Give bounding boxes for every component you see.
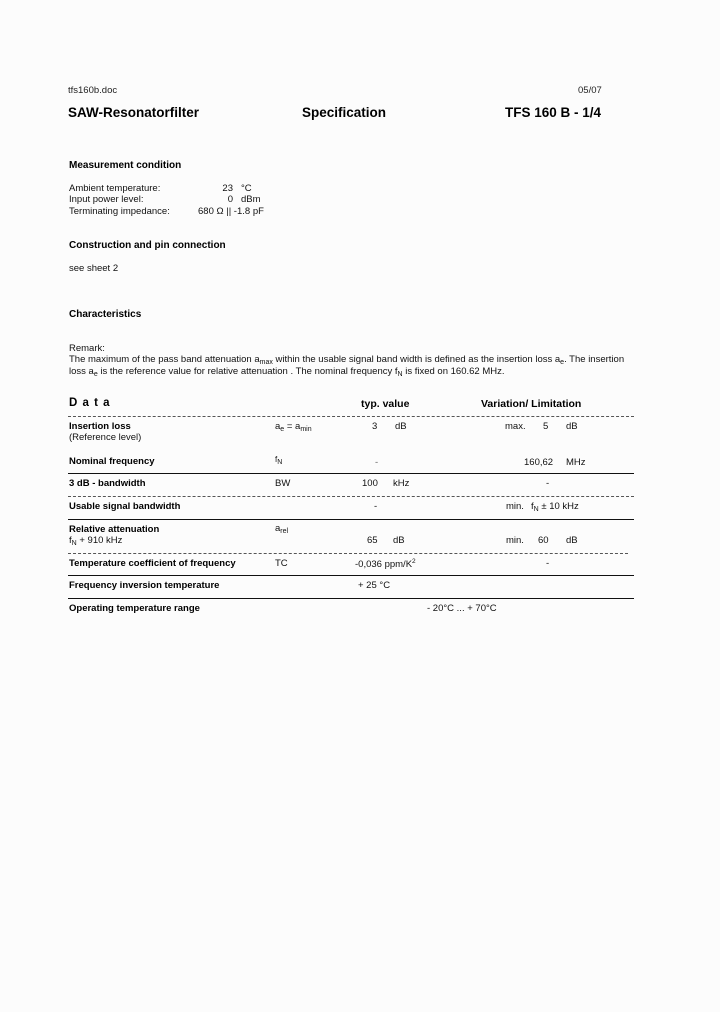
inversion-label: Frequency inversion temperature xyxy=(69,580,219,591)
nominal-freq-label: Nominal frequency xyxy=(69,456,155,467)
insertion-loss-var-unit: dB xyxy=(566,421,578,432)
rel-att-symbol: arel xyxy=(275,523,288,535)
impedance-value: 680 Ω || -1.8 pF xyxy=(198,206,264,217)
rel-att-var-prefix: min. xyxy=(506,535,524,546)
rel-att-label: Relative attenuation xyxy=(69,524,159,535)
tc-symbol: TC xyxy=(275,558,288,569)
rel-att-var-unit: dB xyxy=(566,535,578,546)
divider xyxy=(68,598,634,599)
input-power-unit: dBm xyxy=(241,194,261,205)
construction-text: see sheet 2 xyxy=(69,263,118,274)
insertion-loss-var-prefix: max. xyxy=(505,421,526,432)
bandwidth-var: - xyxy=(546,478,549,489)
insertion-loss-label: Insertion loss xyxy=(69,421,131,432)
tc-var: - xyxy=(546,558,549,569)
divider xyxy=(68,496,634,497)
insertion-loss-typ-unit: dB xyxy=(395,421,407,432)
divider xyxy=(68,416,634,417)
ambient-temp-unit: °C xyxy=(241,183,252,194)
nominal-freq-symbol: fN xyxy=(275,455,282,466)
doc-type: Specification xyxy=(302,105,386,120)
divider xyxy=(68,575,634,576)
nominal-freq-var: 160,62 xyxy=(524,457,553,468)
ambient-temp-label: Ambient temperature: xyxy=(69,183,160,194)
product-name: SAW-Resonatorfilter xyxy=(68,105,199,120)
usable-bw-var: fN ± 10 kHz xyxy=(531,501,579,513)
remark-line-2: loss ae is the reference value for relat… xyxy=(69,366,505,378)
construction-heading: Construction and pin connection xyxy=(69,240,226,251)
remark-line-1: The maximum of the pass band attenuation… xyxy=(69,354,624,366)
bandwidth-typ-unit: kHz xyxy=(393,478,409,489)
tc-typ: -0,036 ppm/K2 xyxy=(355,558,416,570)
doc-date: 05/07 xyxy=(578,85,602,96)
col-header-data: D a t a xyxy=(69,397,110,409)
insertion-loss-var: 5 xyxy=(543,421,548,432)
usable-bw-typ: - xyxy=(374,501,377,512)
divider xyxy=(68,553,628,554)
col-header-typ: typ. value xyxy=(361,398,409,410)
characteristics-heading: Characteristics xyxy=(69,309,141,320)
divider xyxy=(68,473,634,474)
bandwidth-typ: 100 xyxy=(362,478,378,489)
tc-label: Temperature coefficient of frequency xyxy=(69,558,236,569)
col-header-variation: Variation/ Limitation xyxy=(481,398,581,410)
measurement-heading: Measurement condition xyxy=(69,160,181,171)
part-page: TFS 160 B - 1/4 xyxy=(505,105,601,120)
usable-bw-var-prefix: min. xyxy=(506,501,524,512)
rel-att-condition: fN + 910 kHz xyxy=(69,535,122,547)
rel-att-typ: 65 xyxy=(367,535,378,546)
usable-bw-label: Usable signal bandwidth xyxy=(69,501,180,512)
bandwidth-label: 3 dB - bandwidth xyxy=(69,478,146,489)
nominal-freq-var-unit: MHz xyxy=(566,457,586,468)
insertion-loss-typ: 3 xyxy=(372,421,377,432)
insertion-loss-symbol: ae = amin xyxy=(275,421,312,433)
nominal-freq-typ: - xyxy=(375,457,378,468)
op-temp-var: - 20°C ... + 70°C xyxy=(427,603,497,614)
bandwidth-symbol: BW xyxy=(275,478,290,489)
ambient-temp-value: 23 xyxy=(200,183,233,194)
inversion-typ: + 25 °C xyxy=(358,580,390,591)
insertion-loss-note: (Reference level) xyxy=(69,432,141,443)
input-power-value: 0 xyxy=(200,194,233,205)
rel-att-var: 60 xyxy=(538,535,549,546)
divider xyxy=(68,519,634,520)
input-power-label: Input power level: xyxy=(69,194,143,205)
remark-label: Remark: xyxy=(69,343,105,354)
op-temp-label: Operating temperature range xyxy=(69,603,200,614)
rel-att-typ-unit: dB xyxy=(393,535,405,546)
file-name: tfs160b.doc xyxy=(68,85,117,96)
impedance-label: Terminating impedance: xyxy=(69,206,170,217)
